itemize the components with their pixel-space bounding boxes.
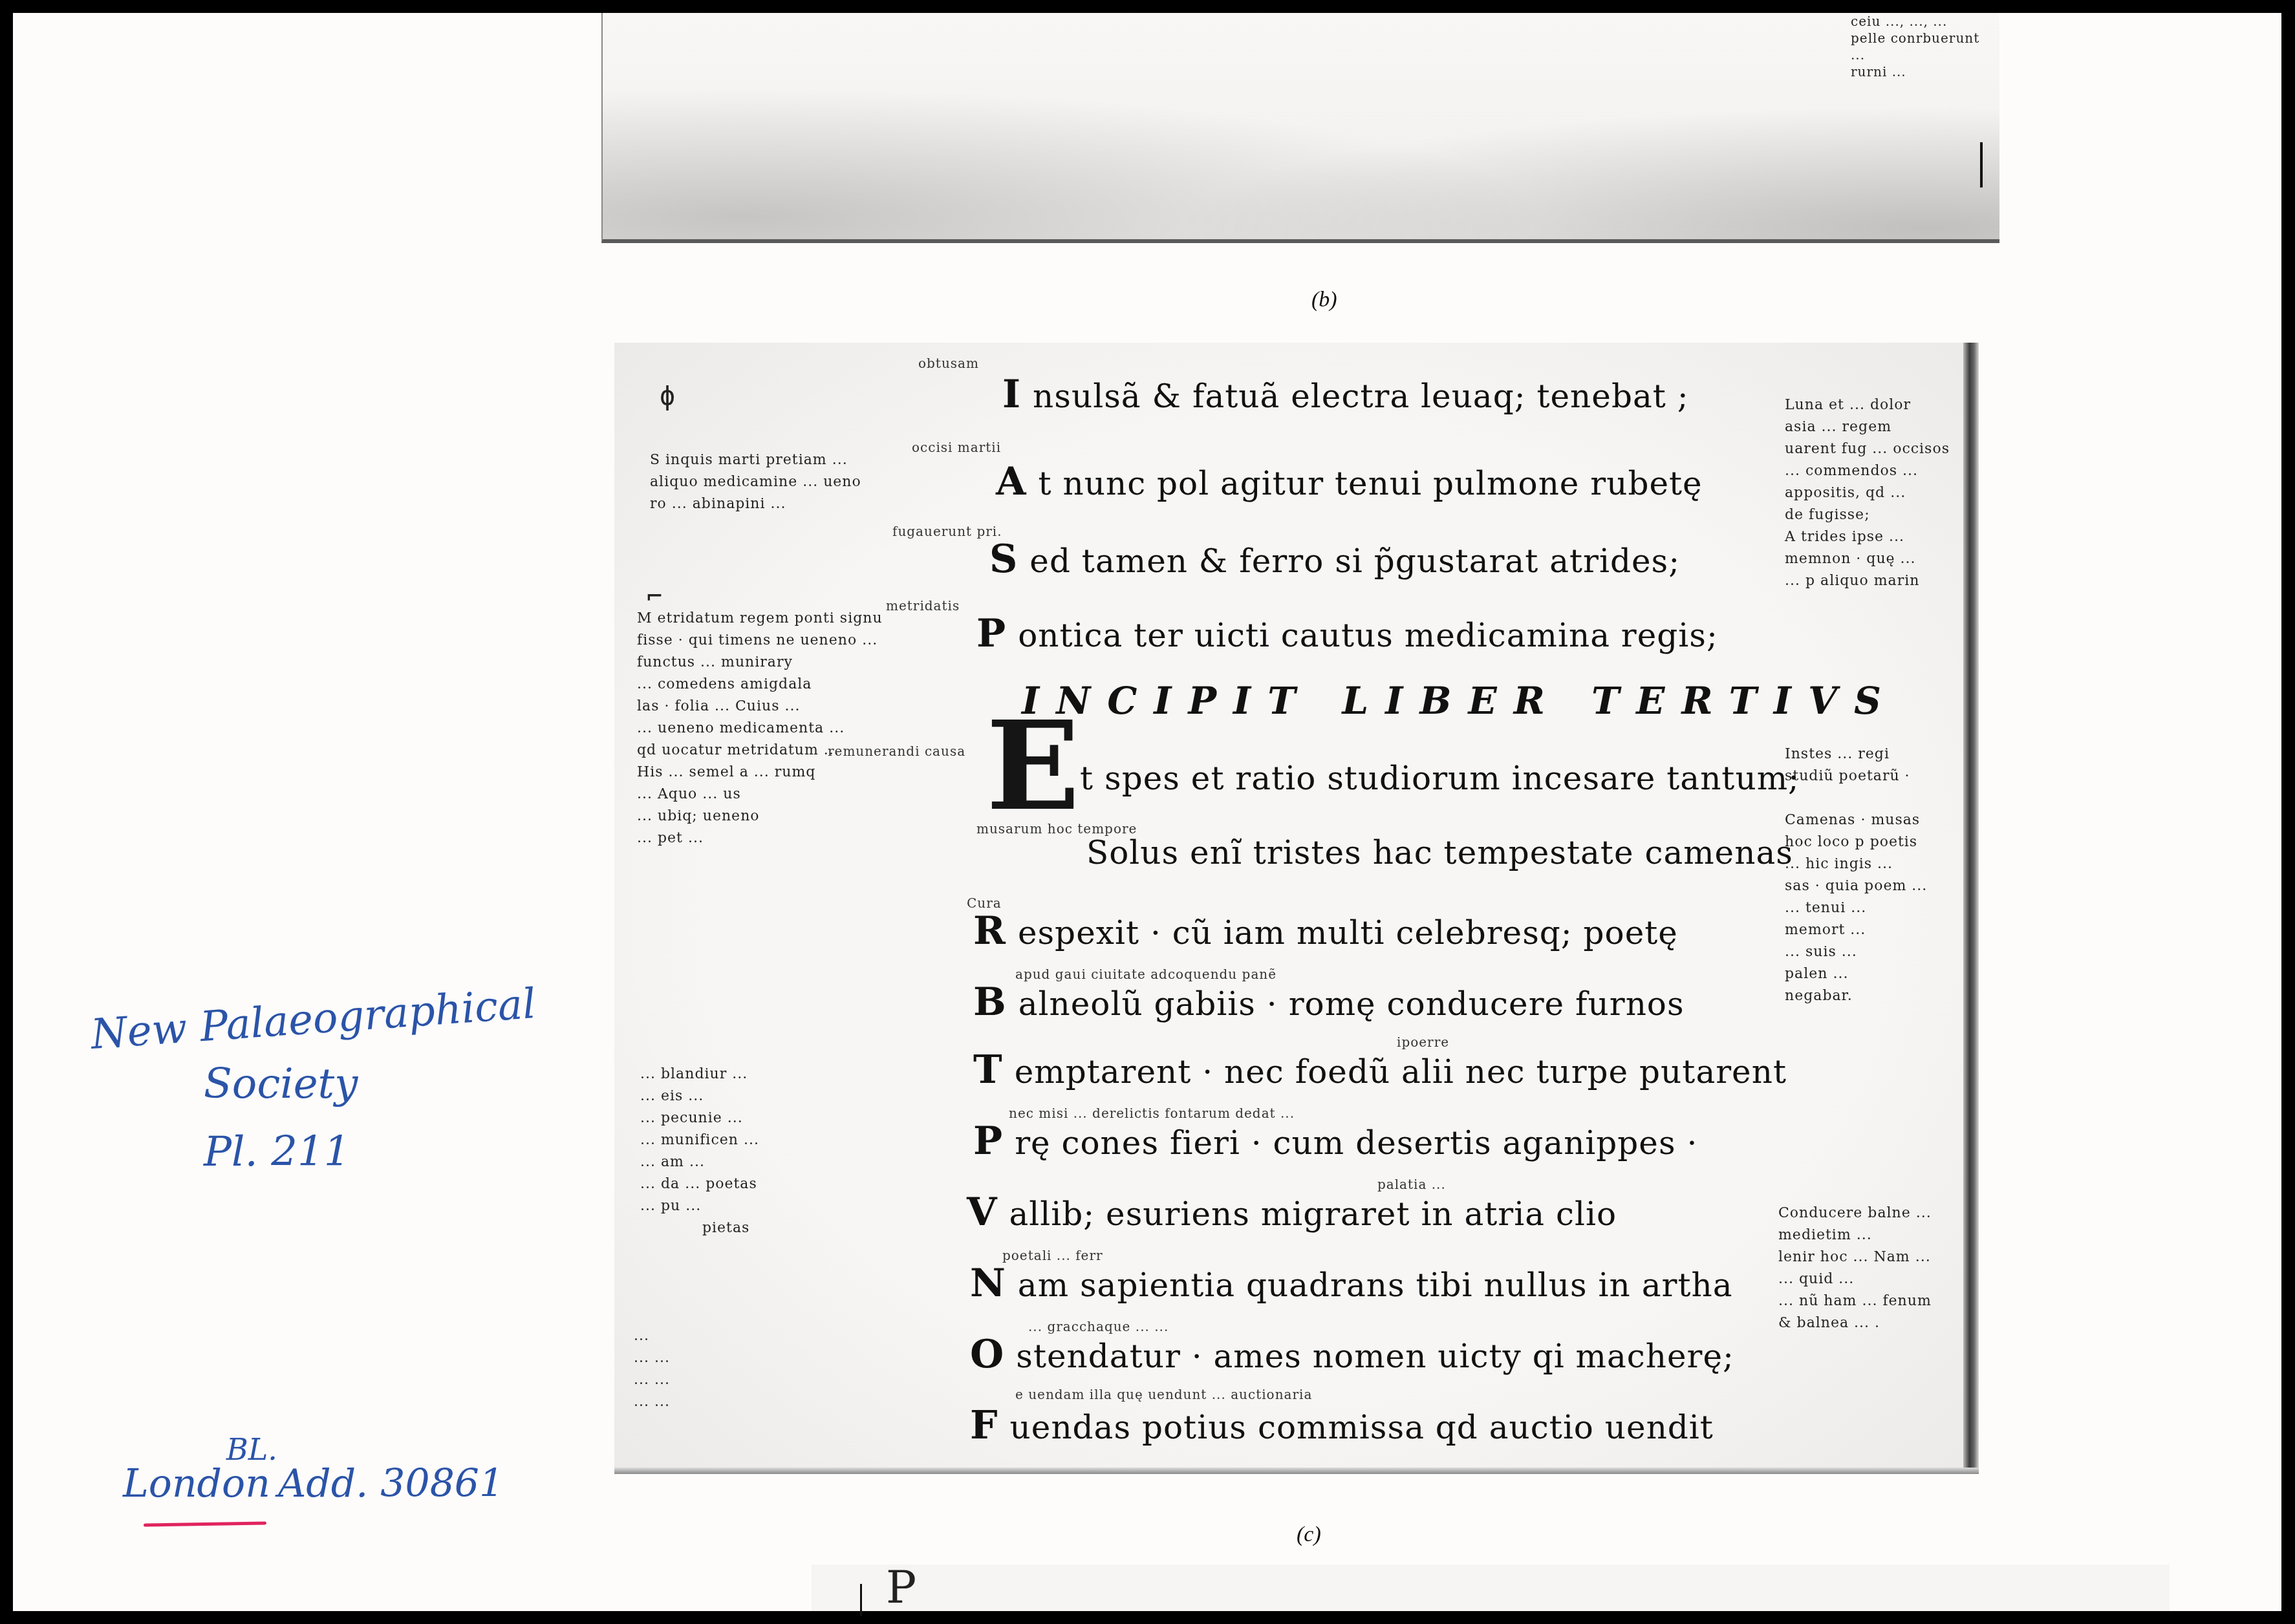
plate-d-rule: [860, 1584, 862, 1616]
verse-initial: F: [970, 1403, 998, 1448]
verse-line: Prę cones fieri · cum desertis aganippes…: [973, 1118, 1697, 1164]
left-margin-gloss-4: ... ... ... ... ... ... ...: [634, 1325, 670, 1413]
verse-text: alneolũ gabiis · romę conducere furnos: [1018, 985, 1685, 1023]
interlinear-gloss: obtusam: [918, 356, 979, 371]
verse-initial: I: [1002, 372, 1021, 417]
verse-line: Respexit · cũ iam multi celebresq; poetę: [973, 908, 1678, 954]
verse-initial: A: [996, 459, 1027, 504]
gloss-line: ceiu ..., ..., ...: [1851, 13, 1980, 30]
interlinear-gloss: metridatis: [886, 598, 960, 614]
verse-line: Solus enĩ tristes hac tempestate camenas: [1086, 834, 1793, 871]
nota-mark-icon: ϕ: [660, 381, 675, 411]
handwritten-note-society: New Palaeographical: [89, 980, 537, 1059]
verse-text: allib; esuriens migraret in atria clio: [1009, 1195, 1617, 1233]
verse-initial: S: [989, 537, 1018, 582]
left-margin-gloss-3: ... blandiur ... ... eis ... ... pecunie…: [640, 1063, 759, 1239]
decorated-initial: E: [986, 705, 1080, 828]
plate-c-photo: ϕ ⌐ S inquis marti pretiam ... aliquo me…: [614, 343, 1979, 1474]
plate-d-initial: P: [886, 1561, 916, 1614]
plate-d-photo-partial: P: [812, 1565, 2170, 1611]
verse-initial: B: [973, 979, 1007, 1025]
verse-text: uendas potius commissa qd auctio uendit: [1010, 1409, 1714, 1446]
verse-initial: V: [967, 1190, 998, 1235]
verse-text: espexit · cũ iam multi celebresq; poetę: [1018, 914, 1678, 952]
red-underline-mark: [144, 1521, 266, 1526]
handwritten-location: London: [123, 1461, 270, 1506]
verse-line: Sed tamen & ferro si p̃gustarat atrides;: [989, 537, 1680, 582]
handwritten-note-society-2: Society: [204, 1060, 358, 1108]
interlinear-gloss: e uendam illa quę uendunt ... auctionari…: [1015, 1387, 1312, 1402]
caption-b: (b): [1311, 288, 1337, 312]
verse-text: stendatur · ames nomen uicty qi macherę;: [1016, 1338, 1734, 1375]
incipit-heading: INCIPIT LIBER TERTIVS: [1022, 679, 1898, 723]
interlinear-gloss: fugauerunt pri.: [892, 524, 1002, 539]
verse-line: Nam sapientia quadrans tibi nullus in ar…: [970, 1261, 1733, 1306]
verse-initial: N: [970, 1261, 1006, 1306]
verse-text: ontica ter uicti cautus medicamina regis…: [1018, 617, 1718, 654]
handwritten-plate-number: Pl. 211: [204, 1128, 350, 1176]
verse-initial: O: [970, 1332, 1004, 1377]
verse-initial: P: [976, 611, 1006, 656]
right-margin-gloss-1: Luna et ... dolor asia ... regem uarent …: [1785, 394, 1950, 592]
verse-text: Solus enĩ tristes hac tempestate camenas: [1086, 834, 1793, 871]
verse-text: ed tamen & ferro si p̃gustarat atrides;: [1029, 542, 1680, 580]
verse-initial: T: [973, 1047, 1003, 1093]
handwritten-shelfmark: Add. 30861: [278, 1461, 504, 1506]
right-margin-gloss-3: Conducere balne ... medietim ... lenir h…: [1778, 1202, 1932, 1334]
left-margin-gloss-1: S inquis marti pretiam ... aliquo medica…: [650, 449, 861, 515]
gloss-line: rurni ...: [1851, 63, 1980, 80]
verse-initial: R: [973, 908, 1006, 954]
verse-text: nsulsã & fatuã electra leuaq; tenebat ;: [1033, 378, 1688, 415]
plate-b-gloss: ceiu ..., ..., ... pelle conrbuerunt ...…: [1851, 13, 1980, 80]
gloss-line: pelle conrbuerunt ...: [1851, 30, 1980, 63]
plate-c-right-edge: [1963, 343, 1979, 1474]
scanned-page: ceiu ..., ..., ... pelle conrbuerunt ...…: [13, 13, 2281, 1611]
plate-b-photo: ceiu ..., ..., ... pelle conrbuerunt ...…: [601, 13, 1999, 243]
left-margin-gloss-2: M etridatum regem ponti signu fisse · qu…: [637, 608, 883, 849]
verse-line: Temptarent · nec foedũ alii nec turpe pu…: [973, 1047, 1787, 1093]
verse-text: t nunc pol agitur tenui pulmone rubetę: [1039, 465, 1703, 502]
verse-line: Vallib; esuriens migraret in atria clio: [967, 1190, 1617, 1235]
verse-line: Balneolũ gabiis · romę conducere furnos: [973, 979, 1685, 1025]
verse-line: Ostendatur · ames nomen uicty qi macherę…: [970, 1332, 1734, 1377]
caption-c: (c): [1297, 1522, 1321, 1547]
verse-line: Pontica ter uicti cautus medicamina regi…: [976, 611, 1718, 656]
verse-line: At nunc pol agitur tenui pulmone rubetę: [996, 459, 1703, 504]
verse-text: rę cones fieri · cum desertis aganippes …: [1015, 1124, 1697, 1162]
verse-text: t spes et ratio studiorum incesare tantu…: [1080, 760, 1800, 797]
verse-text: am sapientia quadrans tibi nullus in art…: [1018, 1266, 1733, 1304]
plate-b-edge-mark: [1980, 142, 1983, 187]
right-margin-gloss-2: Instes ... regi studiũ poetarũ · Camenas…: [1785, 743, 1927, 1007]
interlinear-gloss: occisi martii: [912, 440, 1001, 455]
verse-line: Fuendas potius commissa qd auctio uendit: [970, 1403, 1714, 1448]
plate-c-bottom-edge: [614, 1468, 1979, 1474]
interlinear-gloss: remunerandi causa: [828, 743, 965, 759]
verse-initial: P: [973, 1118, 1003, 1164]
verse-line: t spes et ratio studiorum incesare tantu…: [1080, 760, 1800, 797]
verse-line: Insulsã & fatuã electra leuaq; tenebat ;: [1002, 372, 1689, 417]
verse-text: emptarent · nec foedũ alii nec turpe put…: [1015, 1053, 1787, 1091]
